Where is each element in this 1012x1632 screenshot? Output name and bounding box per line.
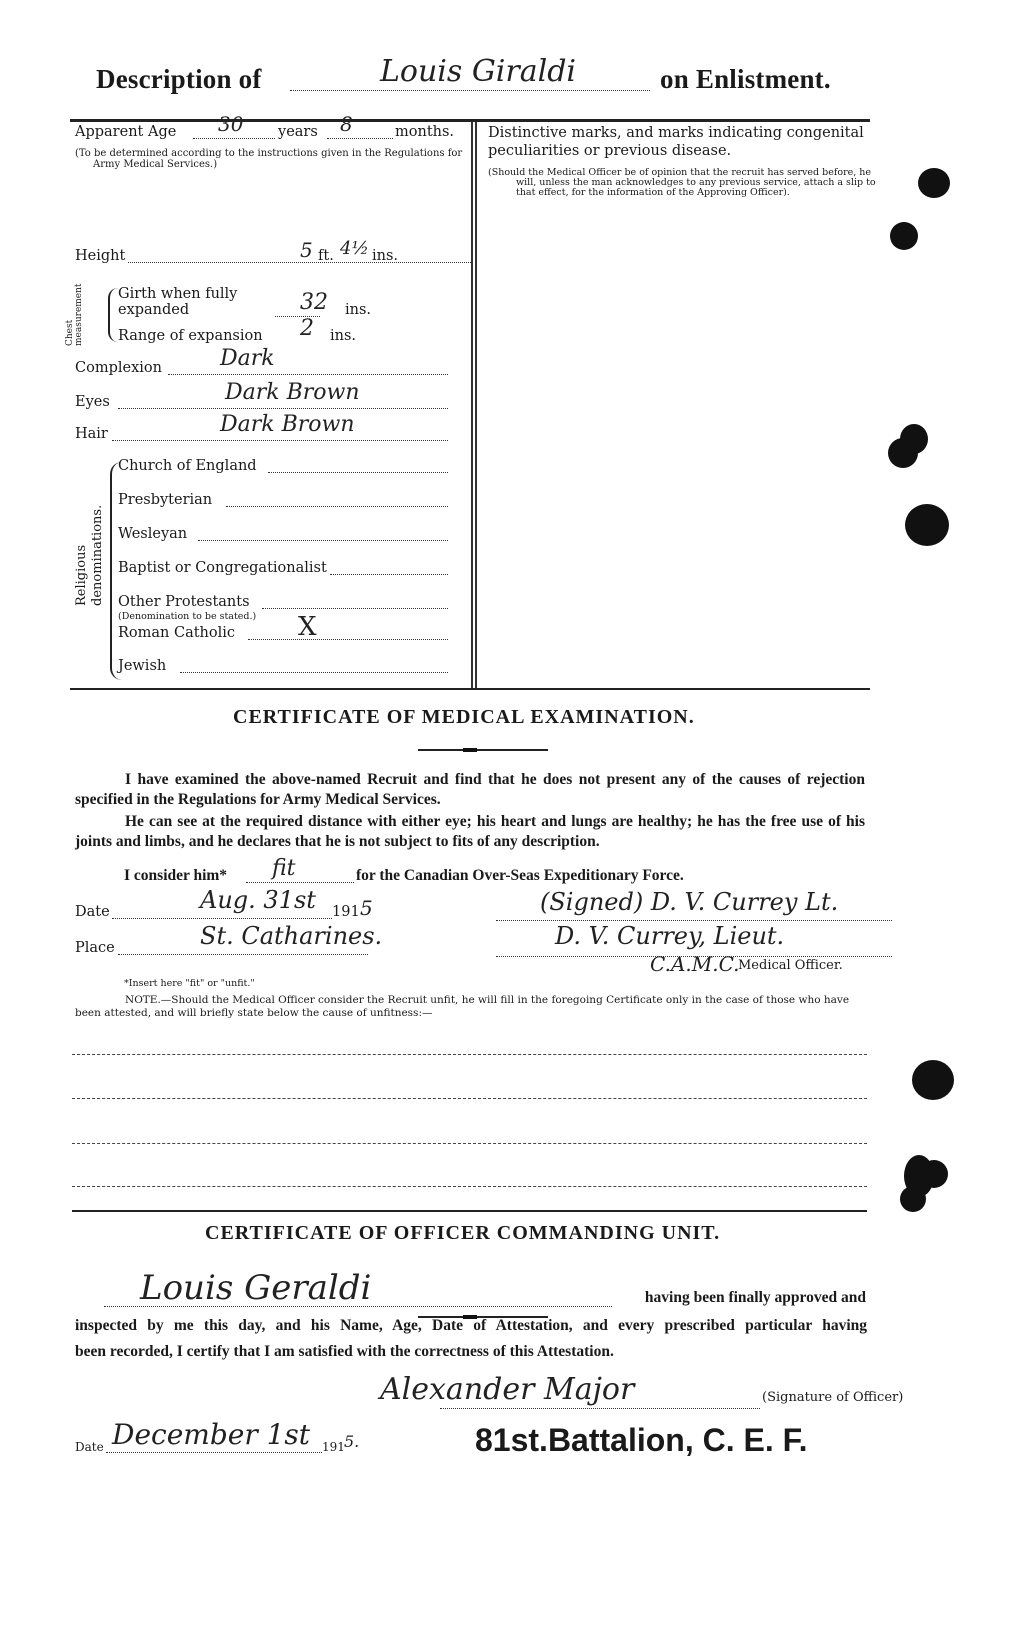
- complexion-line: [168, 368, 448, 375]
- age-instructions-note: (To be determined according to the instr…: [75, 148, 463, 170]
- religion-wesleyan: Wesleyan: [118, 526, 187, 542]
- religious-denominations-label: Religious denominations.: [74, 496, 106, 606]
- age-months-value: 8: [340, 112, 353, 136]
- insert-fit-note: *Insert here "fit" or "unfit.": [124, 978, 255, 989]
- height-label: Height: [75, 248, 125, 264]
- medical-para-1: I have examined the above-named Recruit …: [75, 770, 865, 810]
- ink-blot: [912, 1060, 954, 1100]
- distinctive-marks-heading: Distinctive marks, and marks indicating …: [488, 124, 868, 160]
- range-value: 2: [300, 316, 314, 341]
- complexion-value: Dark: [220, 346, 275, 371]
- religion-line: [262, 602, 448, 609]
- ink-blot: [918, 168, 950, 198]
- ink-blot: [905, 504, 949, 546]
- unfitness-line-3: [72, 1143, 867, 1144]
- title-ornament: [418, 749, 548, 751]
- religion-church-of-england: Church of England: [118, 458, 257, 474]
- enlistee-name-handwritten: Louis Giraldi: [380, 54, 576, 89]
- exam-place-label: Place: [75, 940, 115, 956]
- hair-value: Dark Brown: [220, 412, 355, 437]
- section-rule: [70, 688, 870, 690]
- unfit-note: NOTE.—Should the Medical Officer conside…: [75, 994, 865, 1020]
- height-ins-value: 4½: [340, 238, 369, 259]
- officer-date-value: December 1st: [112, 1418, 310, 1451]
- age-years-value: 30: [218, 112, 243, 136]
- medical-para-2: He can see at the required distance with…: [75, 812, 865, 852]
- officer-text-line-1: having been finally approved and: [614, 1288, 866, 1308]
- chest-measurement-label: Chest measurement: [66, 282, 84, 346]
- unfitness-line-4: [72, 1186, 867, 1187]
- document-title-suffix: on Enlistment.: [660, 64, 831, 95]
- age-months-line: [327, 130, 393, 139]
- girth-label: Girth when fully expanded: [118, 286, 268, 318]
- officer-year-prefix: 191: [322, 1440, 345, 1454]
- religion-other-protestants: Other Protestants: [118, 594, 250, 610]
- officer-date-label: Date: [75, 1440, 104, 1454]
- religion-roman-catholic: Roman Catholic: [118, 625, 235, 641]
- eyes-value: Dark Brown: [225, 380, 360, 405]
- column-divider: [471, 122, 473, 688]
- roman-catholic-mark: X: [298, 612, 317, 642]
- officer-certificate-title: CERTIFICATE OF OFFICER COMMANDING UNIT.: [205, 1222, 720, 1245]
- column-divider-2: [475, 122, 477, 688]
- religion-baptist: Baptist or Congregationalist: [118, 560, 327, 576]
- unit-stamp: 81st.Battalion, C. E. F.: [475, 1422, 808, 1459]
- exam-year-prefix: 191: [332, 904, 360, 920]
- consider-prefix: I consider him*: [124, 866, 227, 886]
- medical-officer-signed: (Signed) D. V. Currey Lt.: [540, 888, 838, 916]
- height-ft-value: 5: [300, 238, 313, 262]
- religion-line: [330, 568, 448, 575]
- consider-line: [246, 876, 354, 883]
- unfitness-line-1: [72, 1054, 867, 1055]
- consider-suffix: for the Canadian Over-Seas Expeditionary…: [356, 866, 684, 886]
- religion-other-note: (Denomination to be stated.): [118, 611, 256, 622]
- months-label: months.: [395, 124, 454, 140]
- chest-brace: [108, 288, 118, 342]
- medical-certificate-title: CERTIFICATE OF MEDICAL EXAMINATION.: [233, 706, 695, 729]
- range-label: Range of expansion: [118, 328, 263, 344]
- recruit-name-handwritten: Louis Geraldi: [140, 1268, 371, 1308]
- ink-blot: [920, 1160, 948, 1188]
- girth-value: 32: [300, 290, 328, 315]
- ink-blot: [900, 424, 928, 454]
- religion-presbyterian: Presbyterian: [118, 492, 212, 508]
- unfitness-line-2: [72, 1098, 867, 1099]
- exam-date-value: Aug. 31st: [200, 886, 316, 914]
- fitness-value: fit: [272, 856, 296, 881]
- religion-line: [198, 534, 448, 541]
- document-title-prefix: Description of: [96, 64, 262, 95]
- religion-line: [248, 633, 448, 640]
- officer-text-line-2: inspected by me this day, and his Name, …: [75, 1316, 867, 1336]
- ft-label: ft.: [318, 248, 334, 264]
- medical-corps-initials: C.A.M.C.: [650, 952, 740, 976]
- religion-line: [268, 466, 448, 473]
- ink-blot: [900, 1186, 926, 1212]
- complexion-label: Complexion: [75, 360, 162, 376]
- header-rule: [70, 119, 870, 122]
- religion-line: [180, 666, 448, 673]
- medical-officer-signature: D. V. Currey, Lieut.: [555, 922, 784, 950]
- girth-ins-label: ins.: [345, 302, 371, 318]
- ins-label: ins.: [372, 248, 398, 264]
- title-ornament-center: [463, 748, 477, 752]
- officer-text-line-3: been recorded, I certify that I am satis…: [75, 1342, 614, 1362]
- signature-of-officer-label: (Signature of Officer): [762, 1390, 903, 1405]
- range-ins-label: ins.: [330, 328, 356, 344]
- apparent-age-label: Apparent Age: [75, 124, 176, 140]
- medical-officer-label: Medical Officer.: [738, 958, 843, 973]
- hair-label: Hair: [75, 426, 108, 442]
- religion-jewish: Jewish: [118, 658, 166, 674]
- exam-place-value: St. Catharines.: [200, 922, 382, 950]
- years-label: years: [278, 124, 318, 140]
- exam-year-suffix: 5: [360, 896, 373, 920]
- eyes-label: Eyes: [75, 394, 110, 410]
- commanding-officer-signature: Alexander Major: [380, 1372, 634, 1407]
- religion-line: [226, 500, 448, 507]
- distinctive-marks-note: (Should the Medical Officer be of opinio…: [488, 168, 891, 198]
- officer-year-suffix: 5.: [344, 1432, 359, 1451]
- section-rule-2: [72, 1210, 867, 1212]
- ink-blot: [890, 222, 918, 250]
- exam-date-label: Date: [75, 904, 110, 920]
